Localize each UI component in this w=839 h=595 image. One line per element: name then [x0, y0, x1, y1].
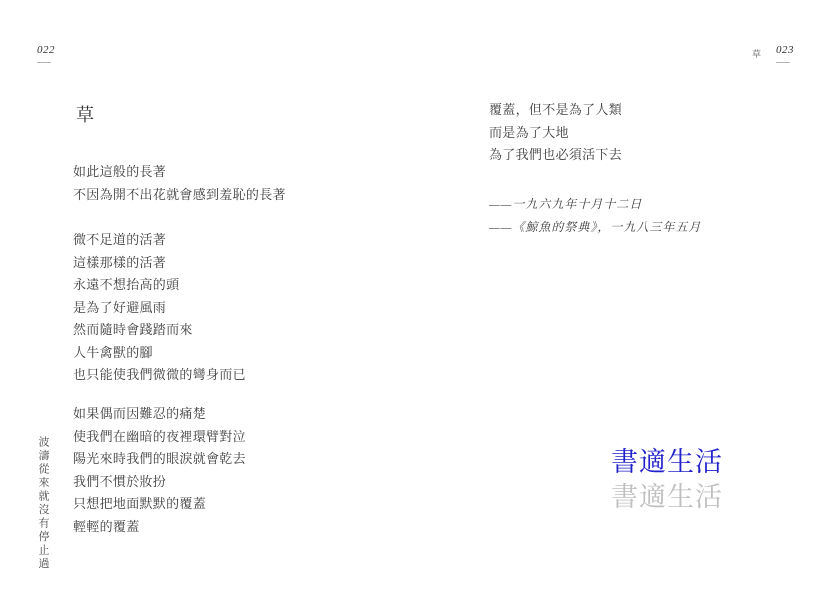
poem-line: 永遠不想抬高的頭: [73, 274, 246, 297]
spine-text: 波濤從來就沒有停止過: [35, 436, 51, 571]
poem-line: 然而隨時會踐踏而來: [73, 319, 246, 342]
poem-line: 使我們在幽暗的夜裡環臂對泣: [73, 426, 246, 449]
poem-stanza-3: 如果偶而因難忍的痛楚 使我們在幽暗的夜裡環臂對泣 陽光來時我們的眼淚就會乾去 我…: [73, 403, 246, 538]
book-spread: 022 草 023 草 如此這般的長著 不因為開不出花就會感到羞恥的長著 微不足…: [0, 0, 839, 595]
poem-line: 只想把地面默默的覆蓋: [73, 493, 246, 516]
poem-line: 我們不慣於妝扮: [73, 471, 246, 494]
poem-line: 是為了好避風雨: [73, 297, 246, 320]
poem-title: 草: [76, 101, 95, 127]
running-header: 草: [752, 47, 761, 60]
poem-line: 為了我們也必須活下去: [489, 144, 622, 167]
poem-line: 輕輕的覆蓋: [73, 516, 246, 539]
poem-line: 如此這般的長著: [73, 161, 286, 184]
poem-line: 也只能使我們微微的彎身而已: [73, 364, 246, 387]
left-page-number: 022: [37, 44, 55, 56]
poem-line: 如果偶而因難忍的痛楚: [73, 403, 246, 426]
poem-line: 不因為開不出花就會感到羞恥的長著: [73, 184, 286, 207]
poem-stanza-1: 如此這般的長著 不因為開不出花就會感到羞恥的長著: [73, 161, 286, 206]
poem-stanza-right: 覆蓋，但不是為了人類 而是為了大地 為了我們也必須活下去: [489, 99, 622, 167]
attribution-line-source: ——《鯨魚的祭典》，一九八三年五月: [489, 216, 701, 239]
right-page-number: 023: [776, 44, 794, 56]
poem-line: 這樣那樣的活著: [73, 252, 246, 275]
poem-line: 陽光來時我們的眼淚就會乾去: [73, 448, 246, 471]
left-page-number-rule: [37, 62, 51, 63]
poem-stanza-2: 微不足道的活著 這樣那樣的活著 永遠不想抬高的頭 是為了好避風雨 然而隨時會踐踏…: [73, 229, 246, 387]
poem-line: 微不足道的活著: [73, 229, 246, 252]
poem-line: 而是為了大地: [489, 122, 622, 145]
attribution: ——一九六九年十月十二日 ——《鯨魚的祭典》，一九八三年五月: [489, 193, 701, 238]
poem-line: 覆蓋，但不是為了人類: [489, 99, 622, 122]
poem-line: 人牛禽獸的腳: [73, 342, 246, 365]
right-page-number-rule: [776, 62, 790, 63]
attribution-line-date: ——一九六九年十月十二日: [489, 193, 701, 216]
watermark-blue: 書適生活: [611, 440, 723, 479]
watermark-gray: 書適生活: [611, 475, 723, 514]
